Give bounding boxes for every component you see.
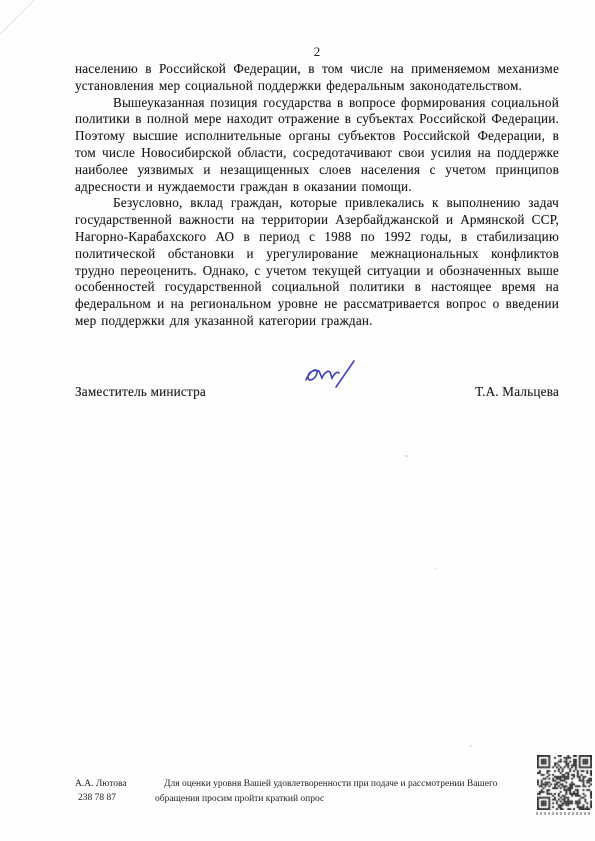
- paragraph: Вышеуказанная позиция государства в вопр…: [75, 95, 559, 196]
- letter-body: населению в Российской Федерации, в том …: [75, 61, 559, 330]
- document-page: 2 населению в Российской Федерации, в то…: [0, 0, 595, 841]
- scan-speck: [434, 568, 436, 569]
- signer-title: Заместитель министра: [75, 384, 206, 400]
- survey-note: Для оценки уровня Вашей удовлетворенност…: [155, 777, 500, 806]
- paragraph: Безусловно, вклад граждан, которые привл…: [75, 195, 559, 329]
- scan-speck: [405, 455, 408, 457]
- scan-speck: [470, 745, 472, 747]
- executor-name: А.А. Лютова: [75, 777, 127, 791]
- signature-ink: [298, 356, 366, 396]
- executor-block: А.А. Лютова 238 78 87: [75, 777, 127, 805]
- executor-phone: 238 78 87: [75, 791, 127, 805]
- page-number: 2: [75, 44, 559, 60]
- signer-name: Т.А. Мальцева: [475, 384, 559, 400]
- qr-code: [537, 755, 592, 810]
- qr-caption-microtext: [536, 812, 592, 815]
- scan-artifact-line: [0, 0, 37, 35]
- paragraph: населению в Российской Федерации, в том …: [75, 61, 559, 95]
